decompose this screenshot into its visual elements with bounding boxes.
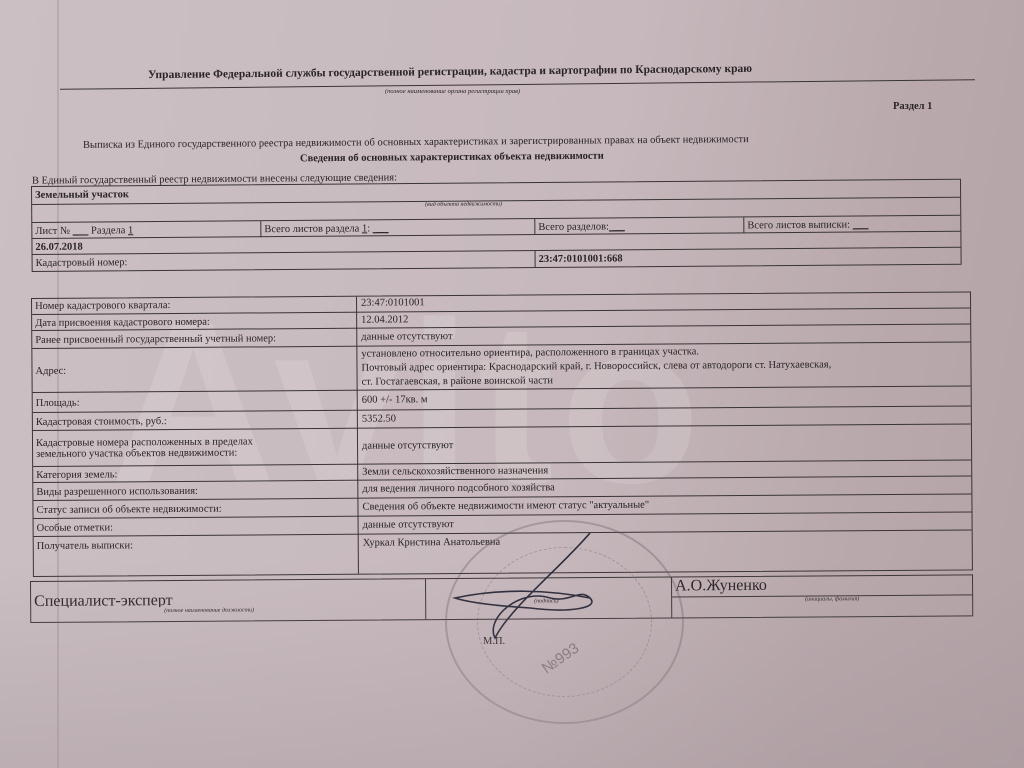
details-label: Адрес: [32,347,353,393]
position-title: Специалист-эксперт [31,592,424,608]
cadastral-number-label: Кадастровый номер: [33,251,536,271]
signer-name: А.О.Жуненко [672,574,965,596]
name-caption: (инициалы, фамилия) [802,596,955,617]
total-sheets-value: ___ [853,219,869,230]
object-header-table: Земельный участок (вид объекта недвижимо… [31,179,962,272]
organization-title: Управление Федеральной службы государств… [148,63,752,81]
details-label: Кадастровые номера расположенных в преде… [33,429,354,467]
details-value: данные отсутствуют [359,424,971,464]
extract-subtitle: Сведения об основных характеристиках объ… [300,151,604,165]
seal-label: М.П. [483,636,505,647]
details-label-line: земельного участка объектов недвижимости… [36,448,237,460]
section-label: Раздел 1 [893,101,932,112]
section-value: 1 [128,225,133,236]
name-caption-row: (инициалы, фамилия) [672,594,972,617]
sheet-value: ___ [73,225,89,236]
details-row: Адрес:установлено относительно ориентира… [32,341,970,393]
details-value: установлено относительно ориентира, расп… [358,342,970,390]
details-value-line: ст. Гостагаевская, в районе воинской час… [362,374,554,389]
details-value-line: Почтовый адрес ориентира: Краснодарский … [361,358,831,375]
position-caption: (полное наименование должности) [161,607,364,621]
cadastral-number: 23:47:0101001:668 [536,248,961,267]
organization-caption: (полное наименование органа регистрации … [385,88,520,95]
total-sections-label: Всего разделов: [538,221,609,233]
total-sheets-label: Всего листов выписки: [747,219,850,231]
sheets-in-section-blank: ___ [373,223,389,234]
total-sections-value: ___ [609,221,625,232]
signature-scribble-icon [440,528,640,648]
extract-title: Выписка из Единого государственного реес… [83,134,749,151]
sheet-label: Лист № [35,225,70,236]
sheets-in-section-suffix: : [367,223,370,234]
sheets-in-section-label: Всего листов раздела [264,223,359,235]
details-label: Получатель выписки: [34,535,355,555]
section-label: Раздела [91,225,125,236]
